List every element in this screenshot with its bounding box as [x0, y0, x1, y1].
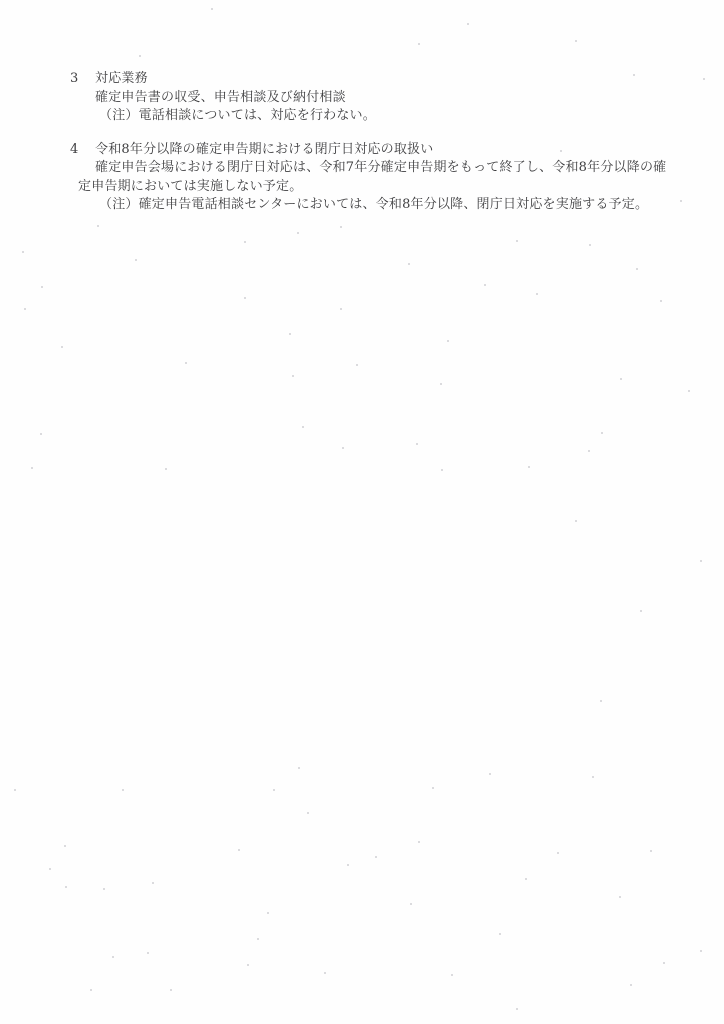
section-3-title: 対応業務	[95, 71, 148, 86]
section-3-note: （注）電話相談については、対応を行わない。	[99, 107, 724, 126]
section-4-heading: 4令和8年分以降の確定申告期における閉庁日対応の取扱い	[70, 141, 724, 160]
section-4-number: 4	[70, 141, 95, 160]
section-3-heading: 3対応業務	[70, 70, 724, 89]
section-3-number: 3	[70, 70, 95, 89]
section-4: 4令和8年分以降の確定申告期における閉庁日対応の取扱い 確定申告会場における閉庁…	[0, 141, 724, 215]
section-3: 3対応業務 確定申告書の収受、申告相談及び納付相談 （注）電話相談については、対…	[0, 70, 724, 126]
section-4-body-line-2: 定申告期においては実施しない予定。	[78, 178, 724, 197]
section-4-body-line-1: 確定申告会場における閉庁日対応は、令和7年分確定申告期をもって終了し、令和8年分…	[95, 159, 724, 178]
scanned-document-page: 3対応業務 確定申告書の収受、申告相談及び納付相談 （注）電話相談については、対…	[0, 0, 724, 1024]
document-content: 3対応業務 確定申告書の収受、申告相談及び納付相談 （注）電話相談については、対…	[0, 70, 724, 215]
section-4-note: （注）確定申告電話相談センターにおいては、令和8年分以降、閉庁日対応を実施する予…	[99, 196, 724, 215]
section-3-body-line: 確定申告書の収受、申告相談及び納付相談	[95, 89, 724, 108]
section-4-title: 令和8年分以降の確定申告期における閉庁日対応の取扱い	[95, 142, 433, 157]
